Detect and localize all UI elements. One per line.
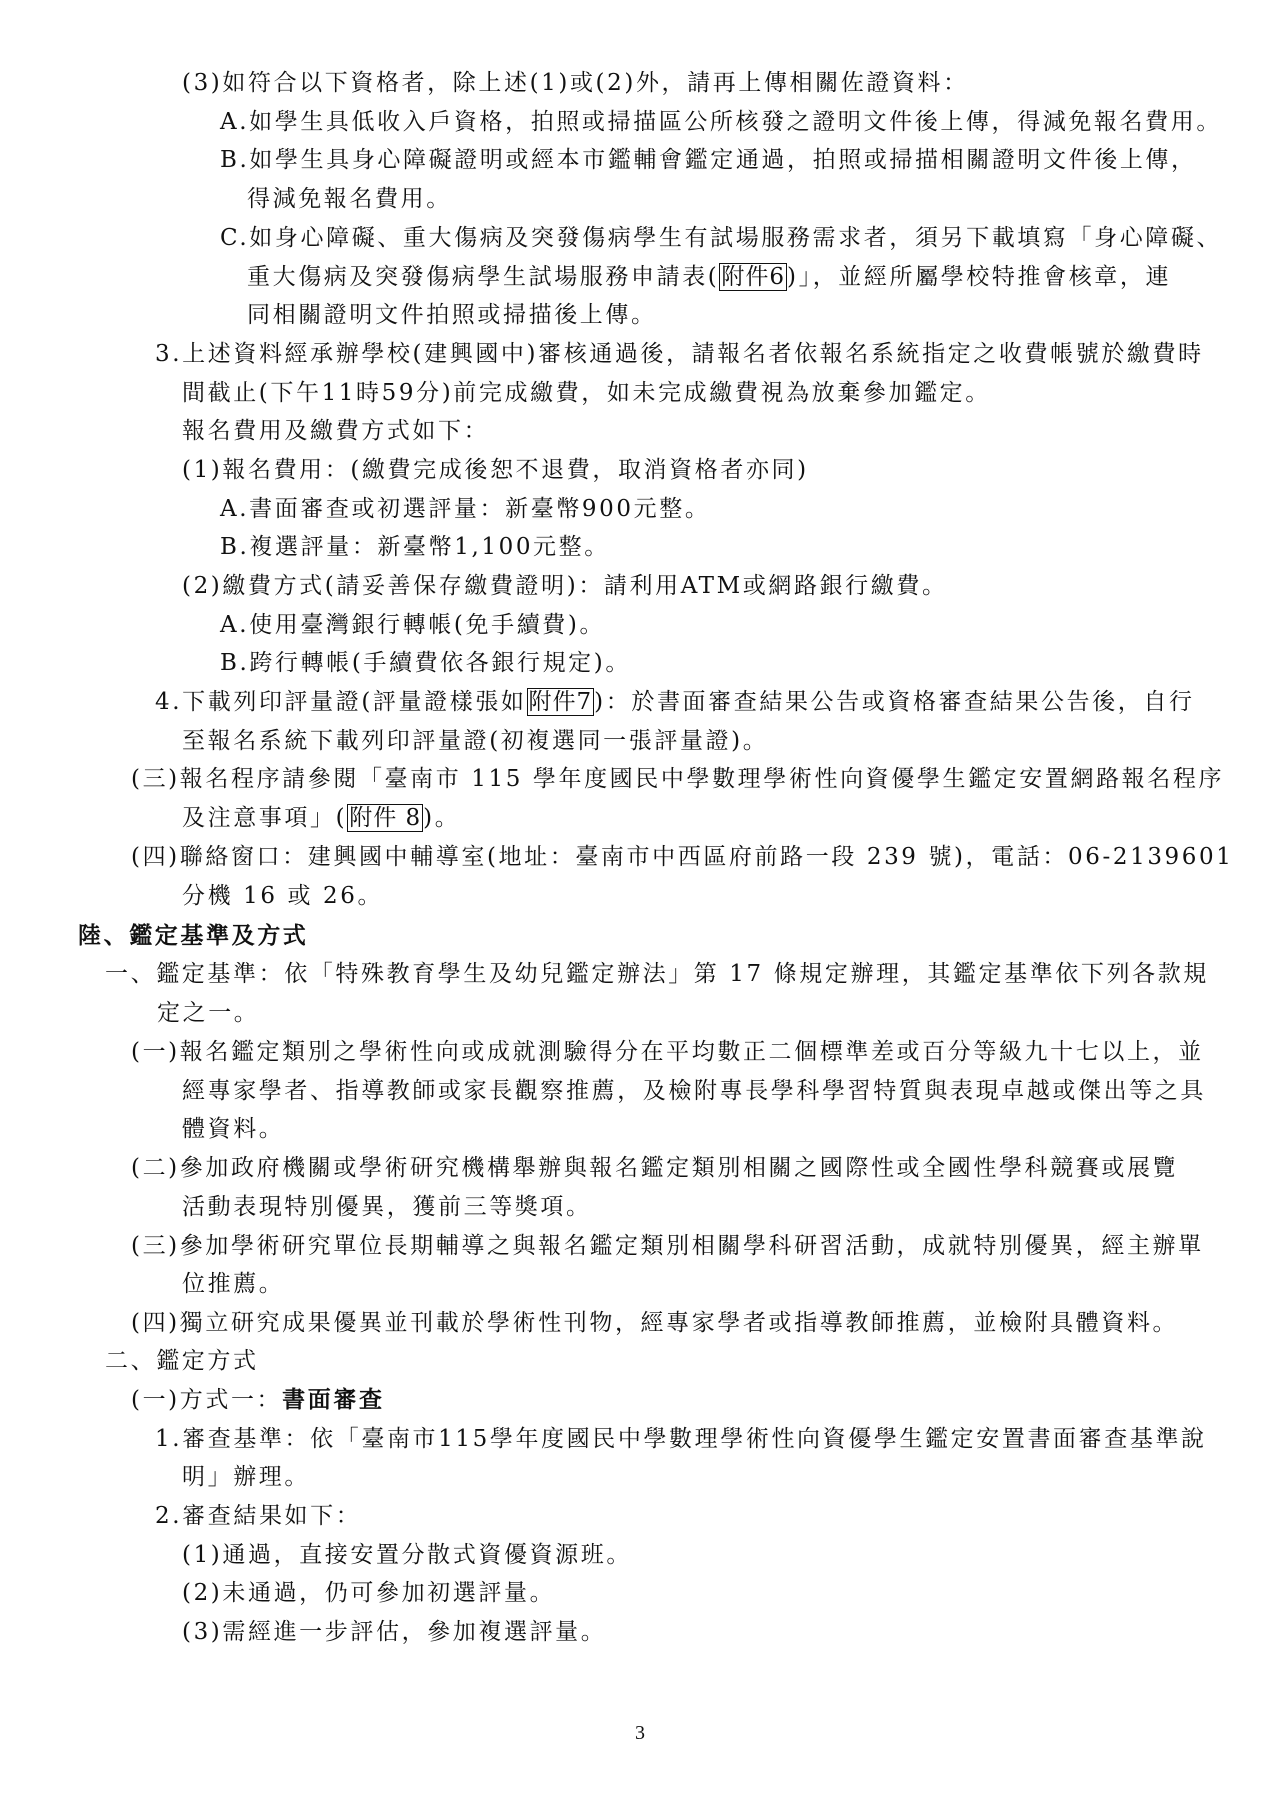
text-line: (1)通過，直接安置分散式資優資源班。: [182, 1540, 632, 1570]
line-text: B.如學生具身心障礙證明或經本市鑑輔會鑑定通過，拍照或掃描相關證明文件後上傳，: [220, 147, 1197, 173]
text-line: (三)報名程序請參閱「臺南市 115 學年度國民中學數理學術性向資優學生鑑定安置…: [131, 764, 1224, 794]
line-text: 4.下載列印評量證(評量證樣張如: [155, 689, 527, 715]
line-text: 位推薦。: [182, 1271, 284, 1297]
line-text: 同相關證明文件拍照或掃描後上傳。: [247, 302, 657, 328]
line-text: (2)未通過，仍可參加初選評量。: [182, 1580, 555, 1606]
text-line: A.如學生具低收入戶資格，拍照或掃描區公所核發之證明文件後上傳，得減免報名費用。: [220, 107, 1222, 137]
line-text: C.如身心障礙、重大傷病及突發傷病學生有試場服務需求者，須另下載填寫「身心障礙、: [220, 225, 1222, 251]
line-text: 分機 16 或 26。: [182, 883, 383, 909]
text-line: 定之一。: [157, 998, 259, 1028]
text-line: 體資料。: [182, 1114, 284, 1144]
text-line: 2.審查結果如下：: [155, 1501, 361, 1531]
text-line: 3.上述資料經承辦學校(建興國中)審核通過後，請報名者依報名系統指定之收費帳號於…: [155, 339, 1204, 369]
text-line: 一、鑑定基準：依「特殊教育學生及幼兒鑑定辦法」第 17 條規定辦理，其鑑定基準依…: [105, 959, 1209, 989]
text-line: 明」辦理。: [182, 1462, 310, 1492]
text-line: 位推薦。: [182, 1269, 284, 1299]
text-line: B.複選評量：新臺幣1,100元整。: [220, 532, 610, 562]
line-text: 明」辦理。: [182, 1464, 310, 1490]
line-text: 2.審查結果如下：: [155, 1503, 361, 1529]
line-text: (3)需經進一步評估，參加複選評量。: [182, 1619, 606, 1645]
line-text: 3.上述資料經承辦學校(建興國中)審核通過後，請報名者依報名系統指定之收費帳號於…: [155, 341, 1204, 367]
line-text: 經專家學者、指導教師或家長觀察推薦，及檢附專長學科學習特質與表現卓越或傑出等之具: [182, 1078, 1206, 1104]
line-text: (2)繳費方式(請妥善保存繳費證明)：請利用ATM或網路銀行繳費。: [182, 573, 948, 599]
line-text: B.複選評量：新臺幣1,100元整。: [220, 534, 610, 560]
line-text: A.如學生具低收入戶資格，拍照或掃描區公所核發之證明文件後上傳，得減免報名費用。: [220, 109, 1222, 135]
line-text: (一)方式一：: [131, 1387, 282, 1413]
text-line: B.跨行轉帳(手續費依各銀行規定)。: [220, 648, 631, 678]
text-line: A.書面審查或初選評量：新臺幣900元整。: [220, 494, 710, 524]
line-text: )：於書面審查結果公告或資格審查結果公告後，自行: [594, 689, 1194, 715]
text-line: 經專家學者、指導教師或家長觀察推薦，及檢附專長學科學習特質與表現卓越或傑出等之具: [182, 1076, 1206, 1106]
line-text: 及注意事項」(: [182, 805, 347, 831]
text-line: (三)參加學術研究單位長期輔導之與報名鑑定類別相關學科研習活動，成就特別優異，經…: [131, 1231, 1204, 1261]
line-text: 1.審查基準：依「臺南市115學年度國民中學數理學術性向資優學生鑑定安置書面審查…: [155, 1426, 1207, 1452]
text-line: 得減免報名費用。: [247, 184, 452, 214]
line-text: (1)報名費用：(繳費完成後恕不退費，取消資格者亦同): [182, 457, 809, 483]
text-line: B.如學生具身心障礙證明或經本市鑑輔會鑑定通過，拍照或掃描相關證明文件後上傳，: [220, 145, 1197, 175]
line-text: 二、鑑定方式: [105, 1348, 259, 1374]
text-line: (2)未通過，仍可參加初選評量。: [182, 1578, 555, 1608]
page-number: 3: [0, 1722, 1280, 1745]
line-text: (1)通過，直接安置分散式資優資源班。: [182, 1542, 632, 1568]
text-line: (1)報名費用：(繳費完成後恕不退費，取消資格者亦同): [182, 455, 809, 485]
line-text: (三)參加學術研究單位長期輔導之與報名鑑定類別相關學科研習活動，成就特別優異，經…: [131, 1233, 1204, 1259]
text-line: 間截止(下午11時59分)前完成繳費，如未完成繳費視為放棄參加鑑定。: [182, 378, 991, 408]
line-text: (3)如符合以下資格者，除上述(1)或(2)外，請再上傳相關佐證資料：: [182, 70, 969, 96]
text-line: (四)獨立研究成果優異並刊載於學術性刊物，經專家學者或指導教師推薦，並檢附具體資…: [131, 1308, 1178, 1338]
text-line: (3)需經進一步評估，參加複選評量。: [182, 1617, 606, 1647]
line-text: 至報名系統下載列印評量證(初複選同一張評量證)。: [182, 728, 768, 754]
line-text: 定之一。: [157, 1000, 259, 1026]
line-text: )。: [423, 805, 460, 831]
section-heading: 陸、鑑定基準及方式: [78, 921, 308, 951]
text-line: 至報名系統下載列印評量證(初複選同一張評量證)。: [182, 726, 768, 756]
text-line: 分機 16 或 26。: [182, 881, 383, 911]
line-text: 報名費用及繳費方式如下：: [182, 418, 489, 444]
attachment-reference: 附件7: [527, 688, 595, 716]
text-line: (3)如符合以下資格者，除上述(1)或(2)外，請再上傳相關佐證資料：: [182, 68, 969, 98]
line-text: (四)聯絡窗口：建興國中輔導室(地址：臺南市中西區府前路一段 239 號)，電話…: [131, 844, 1234, 870]
text-line: (二)參加政府機關或學術研究機構舉辦與報名鑑定類別相關之國際性或全國性學科競賽或…: [131, 1153, 1178, 1183]
text-line: 及注意事項」(附件 8)。: [182, 803, 460, 833]
text-line: 重大傷病及突發傷病學生試場服務申請表(附件6)」，並經所屬學校特推會核章，連: [247, 262, 1171, 292]
text-line: (一)報名鑑定類別之學術性向或成就測驗得分在平均數正二個標準差或百分等級九十七以…: [131, 1037, 1204, 1067]
line-text: 體資料。: [182, 1116, 284, 1142]
text-line: 二、鑑定方式: [105, 1346, 259, 1376]
line-text: (二)參加政府機關或學術研究機構舉辦與報名鑑定類別相關之國際性或全國性學科競賽或…: [131, 1155, 1178, 1181]
line-text: 陸、鑑定基準及方式: [78, 922, 308, 949]
line-text: (三)報名程序請參閱「臺南市 115 學年度國民中學數理學術性向資優學生鑑定安置…: [131, 766, 1224, 792]
text-line: (一)方式一：書面審查: [131, 1385, 385, 1415]
line-text: )」，並經所屬學校特推會核章，連: [787, 264, 1171, 290]
text-line: 活動表現特別優異，獲前三等獎項。: [182, 1192, 592, 1222]
line-text: B.跨行轉帳(手續費依各銀行規定)。: [220, 650, 631, 676]
line-text: 重大傷病及突發傷病學生試場服務申請表(: [247, 264, 719, 290]
text-line: (四)聯絡窗口：建興國中輔導室(地址：臺南市中西區府前路一段 239 號)，電話…: [131, 842, 1234, 872]
text-line: 同相關證明文件拍照或掃描後上傳。: [247, 300, 657, 330]
attachment-reference: 附件 8: [347, 804, 423, 832]
text-line: C.如身心障礙、重大傷病及突發傷病學生有試場服務需求者，須另下載填寫「身心障礙、: [220, 223, 1222, 253]
line-text: 一、鑑定基準：依「特殊教育學生及幼兒鑑定辦法」第 17 條規定辦理，其鑑定基準依…: [105, 961, 1209, 987]
bold-text: 書面審查: [282, 1386, 384, 1413]
text-line: 報名費用及繳費方式如下：: [182, 416, 489, 446]
line-text: 間截止(下午11時59分)前完成繳費，如未完成繳費視為放棄參加鑑定。: [182, 380, 991, 406]
line-text: A.使用臺灣銀行轉帳(免手續費)。: [220, 612, 605, 638]
line-text: 得減免報名費用。: [247, 186, 452, 212]
text-line: 4.下載列印評量證(評量證樣張如附件7)：於書面審查結果公告或資格審查結果公告後…: [155, 687, 1195, 717]
text-line: 1.審查基準：依「臺南市115學年度國民中學數理學術性向資優學生鑑定安置書面審查…: [155, 1424, 1207, 1454]
attachment-reference: 附件6: [719, 263, 787, 291]
line-text: (一)報名鑑定類別之學術性向或成就測驗得分在平均數正二個標準差或百分等級九十七以…: [131, 1039, 1204, 1065]
text-line: A.使用臺灣銀行轉帳(免手續費)。: [220, 610, 605, 640]
line-text: 活動表現特別優異，獲前三等獎項。: [182, 1194, 592, 1220]
text-line: (2)繳費方式(請妥善保存繳費證明)：請利用ATM或網路銀行繳費。: [182, 571, 948, 601]
line-text: A.書面審查或初選評量：新臺幣900元整。: [220, 496, 710, 522]
line-text: (四)獨立研究成果優異並刊載於學術性刊物，經專家學者或指導教師推薦，並檢附具體資…: [131, 1310, 1178, 1336]
